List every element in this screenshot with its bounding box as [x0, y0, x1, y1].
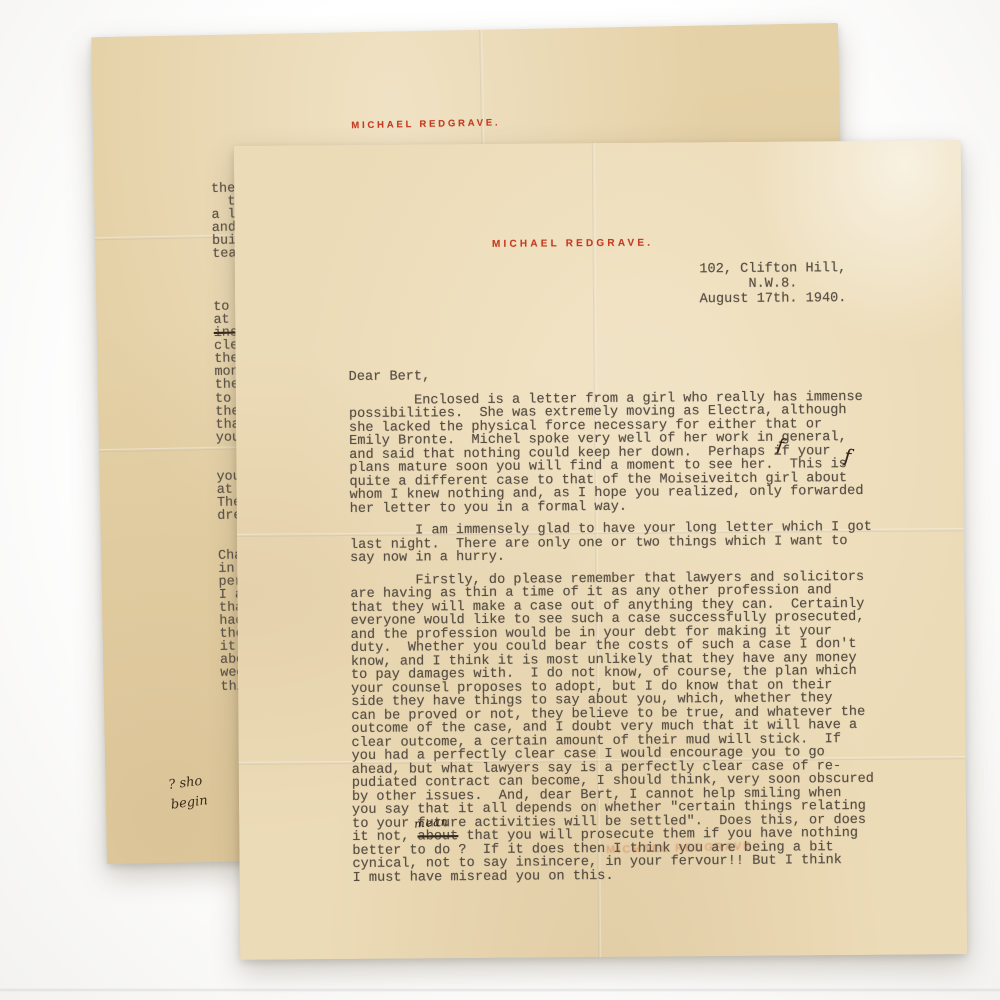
paragraph-1: Enclosed is a letter from a girl who rea… — [349, 390, 872, 516]
address-line: August 17th. 1940. — [633, 291, 913, 308]
salutation: Dear Bert, — [349, 367, 871, 385]
letterhead-front: MICHAEL REDGRAVE. — [235, 236, 911, 252]
front-letter-page: MICHAEL REDGRAVE MICHAEL REDGRAVE. 102, … — [234, 140, 967, 960]
handwritten-correction-word: mean — [414, 815, 449, 831]
paragraph-3-text: Firstly, do please remember that lawyers… — [350, 569, 874, 845]
address-block: 102, Clifton Hill, N.W.8. August 17th. 1… — [633, 261, 913, 308]
paragraph-2: I am immensely glad to have your long le… — [350, 521, 872, 566]
surface-shadow-line — [0, 988, 1000, 992]
letterhead-back: MICHAEL REDGRAVE. — [93, 112, 759, 136]
letter-body: Dear Bert, Enclosed is a letter from a g… — [349, 367, 875, 894]
handwritten-note: ? sho begin — [167, 771, 209, 815]
paragraph-3: Firstly, do please remember that lawyers… — [350, 570, 875, 885]
photograph-of-letters: MICHAEL REDGRAVE. the th a l and bui tea… — [0, 0, 1000, 1000]
handwritten-note-line: begin — [170, 791, 209, 815]
